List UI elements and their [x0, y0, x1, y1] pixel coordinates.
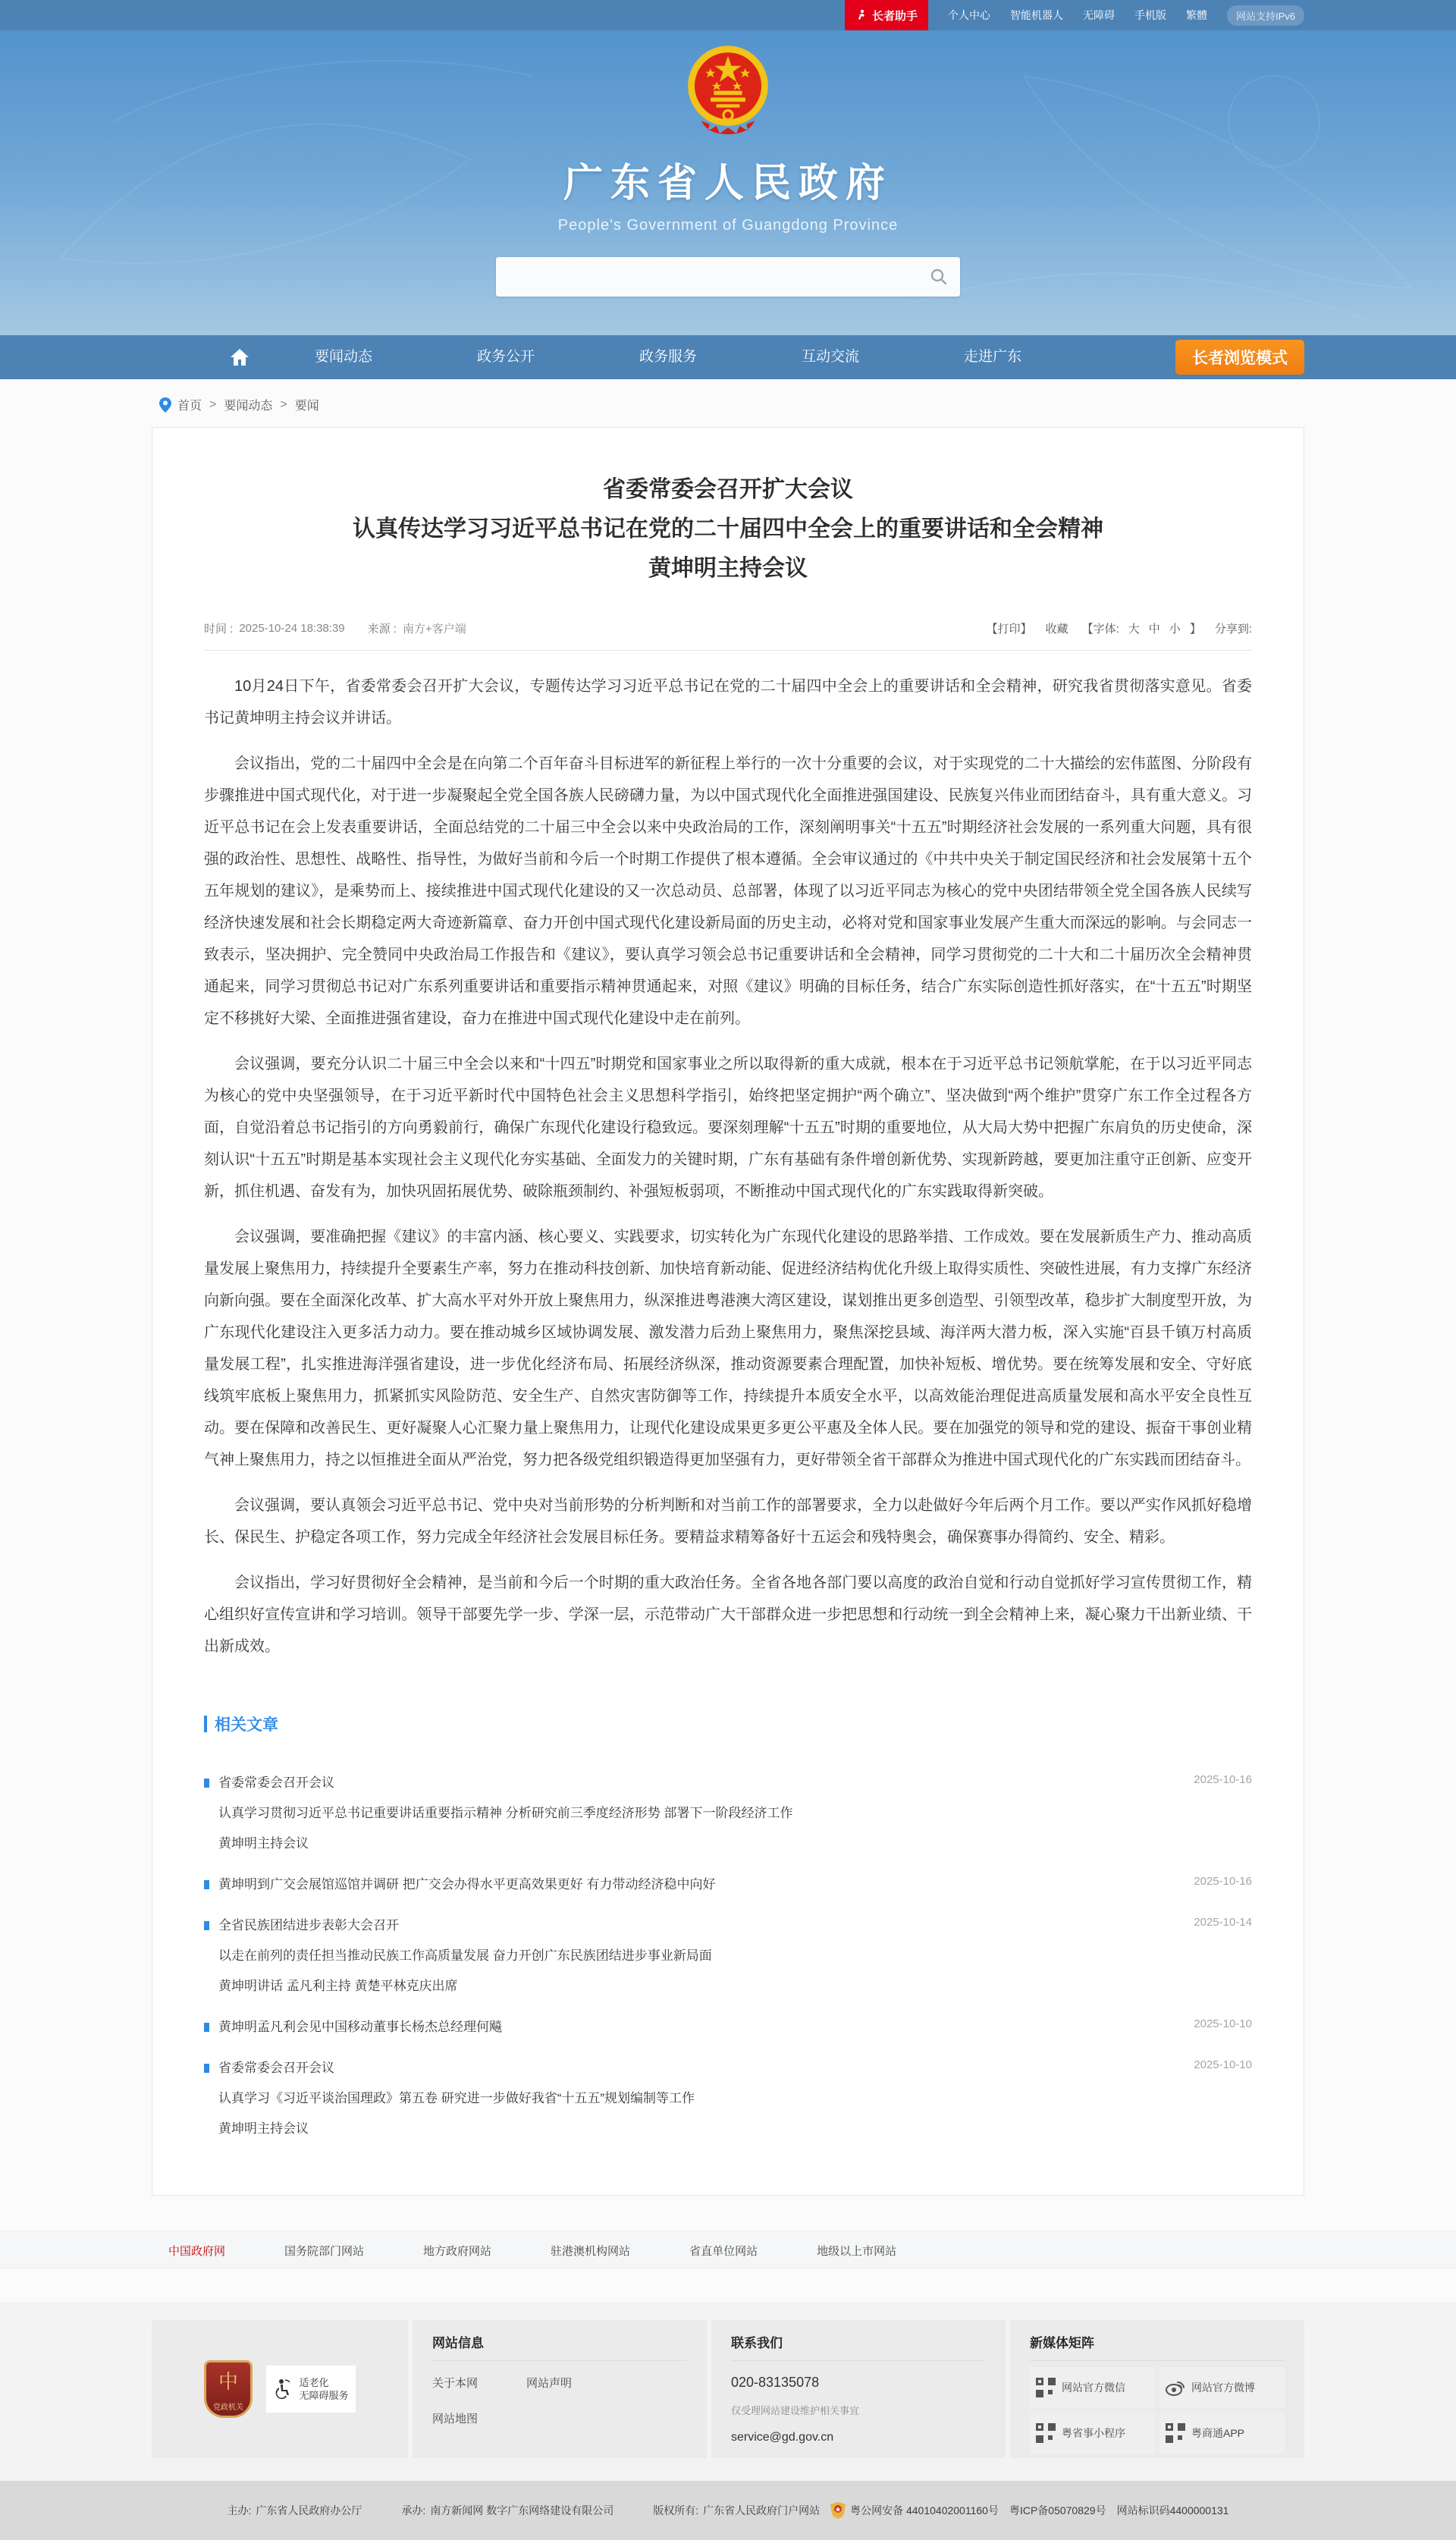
location-pin-icon — [159, 397, 171, 413]
footer-badges: 中 党政机关 适老化 无障碍服务 — [152, 2320, 408, 2458]
search-input[interactable] — [496, 257, 918, 297]
contact-title: 联系我们 — [731, 2320, 986, 2361]
breadcrumb-home[interactable]: 首页 — [177, 396, 202, 413]
topbar-link-robot[interactable]: 智能机器人 — [1010, 8, 1063, 23]
weibo-icon — [1166, 2379, 1185, 2396]
article-paragraph: 会议强调，要充分认识二十届三中全会以来和“十四五”时期党和国家事业之所以取得新的… — [204, 1048, 1252, 1207]
host-label: 主办: — [227, 2503, 252, 2518]
related-articles-list: 省委常委会召开会议 认真学习贯彻习近平总书记重要讲话重要指示精神 分析研究前三季… — [204, 1763, 1252, 2149]
related-article-title: 省委常委会召开会议 — [218, 2055, 334, 2081]
topbar-link-accessibility[interactable]: 无障碍 — [1083, 8, 1115, 23]
main-navigation: 要闻动态 政务公开 政务服务 互动交流 走进广东 长者浏览模式 — [0, 335, 1456, 379]
footer-media-column: 新媒体矩阵 网站官方微信 网站官方微博 粤省事小程序 — [1010, 2320, 1304, 2458]
gov-badge-emblem-icon: 中 — [218, 2363, 238, 2400]
topbar-link-personal-center[interactable]: 个人中心 — [948, 8, 990, 23]
share-button[interactable]: 分享到: — [1215, 620, 1252, 636]
font-size-label-close: 】 — [1190, 620, 1201, 636]
elder-browse-mode-button[interactable]: 长者浏览模式 — [1175, 340, 1304, 375]
elder-helper-button[interactable]: 长者助手 — [845, 0, 928, 30]
bullet-icon — [204, 2023, 209, 2032]
bullet-icon — [204, 1880, 209, 1889]
article-paragraph: 会议强调，要准确把握《建议》的丰富内涵、核心要义、实践要求，切实转化为广东现代化… — [204, 1221, 1252, 1476]
copyright-label: 版权所有: — [653, 2503, 698, 2518]
related-article-row: 黄坤明到广交会展馆巡馆并调研 把广交会办得水平更高效果更好 有力带动经济稳中向好… — [204, 1864, 1252, 1905]
related-article-title: 全省民族团结进步表彰大会召开 — [218, 1913, 399, 1939]
article-paragraph: 会议指出，党的二十届四中全会是在向第二个百年奋斗目标进军的新征程上举行的一次十分… — [204, 748, 1252, 1035]
breadcrumb-current[interactable]: 要闻 — [295, 396, 319, 413]
home-icon — [230, 348, 249, 366]
related-article-subtitle: 认真学习《习近平谈治国理政》第五卷 研究进一步做好我省“十五五”规划编制等工作 — [204, 2086, 1146, 2111]
police-badge-icon — [830, 2502, 846, 2519]
footer-link-provincial-units[interactable]: 省直单位网站 — [689, 2243, 758, 2259]
related-articles-section: 相关文章 省委常委会召开会议 认真学习贯彻习近平总书记重要讲话重要指示精神 分析… — [204, 1713, 1252, 2149]
nav-item-news[interactable]: 要闻动态 — [262, 335, 425, 379]
related-article-subtitle: 认真学习贯彻习近平总书记重要讲话重要指示精神 分析研究前三季度经济形势 部署下一… — [204, 1801, 1146, 1826]
related-article-link[interactable]: 黄坤明孟凡利会见中国移动董事长杨杰总经理何飚 — [204, 2014, 1146, 2040]
organizer-value: 南方新闻网 数字广东网络建设有限公司 — [430, 2503, 613, 2518]
footer-link-hk-macao-offices[interactable]: 驻港澳机构网站 — [551, 2243, 630, 2259]
breadcrumb-separator: > — [280, 398, 287, 412]
related-article-row: 省委常委会召开会议 认真学习《习近平谈治国理政》第五卷 研究进一步做好我省“十五… — [204, 2048, 1252, 2149]
contact-note: 仅受理网站建设维护相关事宜 — [731, 2403, 986, 2417]
footer-statement-link[interactable]: 网站声明 — [526, 2375, 572, 2391]
gov-badge-label: 党政机关 — [213, 2400, 243, 2412]
bottom-copyright-bar: 主办: 广东省人民政府办公厅 承办: 南方新闻网 数字广东网络建设有限公司 版权… — [0, 2481, 1456, 2540]
footer-sitemap-link[interactable]: 网站地图 — [432, 2410, 478, 2426]
nav-item-gov-services[interactable]: 政务服务 — [587, 335, 749, 379]
footer-site-info-column: 网站信息 关于本网 网站声明 网站地图 — [413, 2320, 707, 2458]
nav-home-button[interactable] — [217, 335, 262, 379]
media-matrix-title: 新媒体矩阵 — [1030, 2320, 1285, 2361]
icp-record-link[interactable]: 粤ICP备05070829号 — [1009, 2503, 1106, 2518]
host-value: 广东省人民政府办公厅 — [256, 2503, 362, 2518]
person-icon — [855, 9, 868, 21]
footer-link-city-sites[interactable]: 地级以上市网站 — [817, 2243, 896, 2259]
search-icon — [930, 268, 948, 286]
related-article-title: 黄坤明到广交会展馆巡馆并调研 把广交会办得水平更高效果更好 有力带动经济稳中向好 — [218, 1872, 715, 1898]
official-wechat-entry[interactable]: 网站官方微信 — [1030, 2367, 1155, 2408]
qr-code-icon — [1036, 2378, 1056, 2397]
related-article-row: 省委常委会召开会议 认真学习贯彻习近平总书记重要讲话重要指示精神 分析研究前三季… — [204, 1763, 1252, 1864]
article-paragraph: 会议指出，学习好贯彻好全会精神，是当前和今后一个时期的重大政治任务。全省各地各部… — [204, 1567, 1252, 1662]
font-size-large-button[interactable]: 大 — [1128, 620, 1140, 636]
organizer-label: 承办: — [401, 2503, 425, 2518]
masthead: 广东省人民政府 People's Government of Guangdong… — [0, 30, 1456, 335]
meta-time-label: 时间 : — [204, 620, 233, 636]
related-article-row: 全省民族团结进步表彰大会召开 以走在前列的责任担当推动民族工作高质量发展 奋力开… — [204, 1905, 1252, 2007]
article-title-line-2: 认真传达学习习近平总书记在党的二十届四中全会上的重要讲话和全会精神 — [204, 510, 1252, 549]
qr-code-icon — [1036, 2423, 1056, 2443]
related-accent-bar — [204, 1716, 207, 1732]
related-section-title: 相关文章 — [215, 1713, 278, 1735]
yueshangtong-app-entry[interactable]: 粤商通APP — [1159, 2413, 1285, 2454]
wheelchair-icon — [273, 2378, 293, 2400]
contact-phone: 020-83135078 — [731, 2375, 986, 2391]
font-size-label: 【字体: — [1082, 620, 1119, 636]
ipv6-badge: 网站支持IPv6 — [1227, 5, 1304, 26]
footer-about-link[interactable]: 关于本网 — [432, 2375, 478, 2391]
contact-email[interactable]: service@gd.gov.cn — [731, 2431, 986, 2444]
print-button[interactable]: 【打印】 — [987, 620, 1032, 636]
font-size-small-button[interactable]: 小 — [1169, 620, 1181, 636]
footer-contact-column: 联系我们 020-83135078 仅受理网站建设维护相关事宜 service@… — [711, 2320, 1006, 2458]
related-article-title: 黄坤明孟凡利会见中国移动董事长杨杰总经理何飚 — [218, 2014, 502, 2040]
footer-link-china-gov[interactable]: 中国政府网 — [168, 2243, 225, 2259]
bullet-icon — [204, 1779, 209, 1788]
page: 长者助手 个人中心 智能机器人 无障碍 手机版 繁體 网站支持IPv6 — [0, 0, 1456, 2540]
media-label: 网站官方微博 — [1191, 2380, 1255, 2395]
related-article-subtitle: 黄坤明讲话 孟凡利主持 黄楚平林克庆出席 — [204, 1973, 1146, 1999]
related-article-title: 省委常委会召开会议 — [218, 1770, 334, 1796]
accessibility-badge-line1: 适老化 — [299, 2376, 348, 2389]
nav-item-about-guangdong[interactable]: 走进广东 — [912, 335, 1074, 379]
breadcrumb-news[interactable]: 要闻动态 — [224, 396, 272, 413]
meta-source-value: 南方+客户端 — [403, 620, 466, 636]
footer-link-state-council-depts[interactable]: 国务院部门网站 — [284, 2243, 364, 2259]
related-article-date: 2025-10-10 — [1194, 2017, 1252, 2030]
breadcrumb: 首页 > 要闻动态 > 要闻 — [152, 396, 1304, 413]
related-article-date: 2025-10-10 — [1194, 2058, 1252, 2071]
search-bar — [496, 257, 960, 297]
footer-link-local-gov[interactable]: 地方政府网站 — [423, 2243, 491, 2259]
breadcrumb-separator: > — [209, 398, 216, 412]
elder-helper-label: 长者助手 — [872, 8, 918, 24]
top-utility-bar: 长者助手 个人中心 智能机器人 无障碍 手机版 繁體 网站支持IPv6 — [0, 0, 1456, 30]
related-article-subtitle: 以走在前列的责任担当推动民族工作高质量发展 奋力开创广东民族团结进步事业新局面 — [204, 1943, 1146, 1969]
related-article-date: 2025-10-16 — [1194, 1773, 1252, 1786]
yueshengshi-miniprogram-entry[interactable]: 粤省事小程序 — [1030, 2413, 1155, 2454]
related-article-row: 黄坤明孟凡利会见中国移动董事长杨杰总经理何飚 2025-10-10 — [204, 2007, 1252, 2048]
article-body: 10月24日下午，省委常委会召开扩大会议，专题传达学习习近平总书记在党的二十届四… — [204, 670, 1252, 1662]
nav-item-gov-affairs[interactable]: 政务公开 — [425, 335, 587, 379]
accessibility-badge-line2: 无障碍服务 — [299, 2389, 348, 2402]
copyright-value: 广东省人民政府门户网站 — [703, 2503, 820, 2518]
meta-time-value: 2025-10-24 18:38:39 — [239, 622, 344, 635]
site-info-title: 网站信息 — [432, 2320, 687, 2361]
media-label: 粤省事小程序 — [1062, 2425, 1125, 2441]
article-title: 省委常委会召开扩大会议 认真传达学习习近平总书记在党的二十届四中全会上的重要讲话… — [204, 470, 1252, 589]
bullet-icon — [204, 2064, 209, 2073]
article-card: 省委常委会召开扩大会议 认真传达学习习近平总书记在党的二十届四中全会上的重要讲话… — [152, 427, 1304, 2196]
media-label: 网站官方微信 — [1062, 2380, 1125, 2395]
site-subtitle-english: People's Government of Guangdong Provinc… — [0, 217, 1456, 234]
footer-main: 中 党政机关 适老化 无障碍服务 网站信息 关于本网 网站声明 — [0, 2302, 1456, 2481]
related-article-date: 2025-10-14 — [1194, 1916, 1252, 1929]
related-article-link[interactable]: 黄坤明到广交会展馆巡馆并调研 把广交会办得水平更高效果更好 有力带动经济稳中向好 — [204, 1872, 1146, 1898]
media-label: 粤商通APP — [1191, 2425, 1244, 2441]
police-record-link[interactable]: 粤公网安备 44010402001160号 — [850, 2503, 999, 2518]
related-article-link[interactable]: 省委常委会召开会议 — [204, 2055, 1146, 2081]
font-size-medium-button[interactable]: 中 — [1149, 620, 1160, 636]
breadcrumb-section: 首页 > 要闻动态 > 要闻 — [0, 379, 1456, 427]
footer-links-bar: 中国政府网 国务院部门网站 地方政府网站 驻港澳机构网站 省直单位网站 地级以上… — [0, 2231, 1456, 2268]
search-button[interactable] — [918, 257, 960, 297]
site-id-code: 网站标识码4400000131 — [1117, 2503, 1229, 2518]
article-meta-row: 时间 : 2025-10-24 18:38:39 来源 : 南方+客户端 【打印… — [204, 620, 1252, 651]
bullet-icon — [204, 1921, 209, 1930]
qr-code-icon — [1166, 2423, 1185, 2443]
site-title: 广东省人民政府 — [0, 151, 1456, 208]
article-paragraph: 10月24日下午，省委常委会召开扩大会议，专题传达学习习近平总书记在党的二十届四… — [204, 670, 1252, 734]
favorite-button[interactable]: 收藏 — [1046, 620, 1068, 636]
national-emblem — [686, 44, 770, 141]
official-weibo-entry[interactable]: 网站官方微博 — [1159, 2367, 1285, 2408]
article-paragraph: 会议强调，要认真领会习近平总书记、党中央对当前形势的分析判断和对当前工作的部署要… — [204, 1490, 1252, 1553]
related-article-subtitle: 黄坤明主持会议 — [204, 1831, 1146, 1857]
nav-item-interaction[interactable]: 互动交流 — [749, 335, 912, 379]
related-article-link[interactable]: 省委常委会召开会议 — [204, 1770, 1146, 1796]
gov-agency-badge[interactable]: 中 党政机关 — [204, 2360, 253, 2418]
topbar-link-traditional[interactable]: 繁體 — [1186, 8, 1207, 23]
accessibility-service-badge[interactable]: 适老化 无障碍服务 — [266, 2366, 356, 2413]
article-title-line-3: 黄坤明主持会议 — [204, 549, 1252, 589]
related-article-date: 2025-10-16 — [1194, 1875, 1252, 1888]
article-title-line-1: 省委常委会召开扩大会议 — [204, 470, 1252, 510]
related-article-subtitle: 黄坤明主持会议 — [204, 2116, 1146, 2142]
related-article-link[interactable]: 全省民族团结进步表彰大会召开 — [204, 1913, 1146, 1939]
topbar-link-mobile[interactable]: 手机版 — [1134, 8, 1166, 23]
meta-source-label: 来源 : — [368, 620, 397, 636]
